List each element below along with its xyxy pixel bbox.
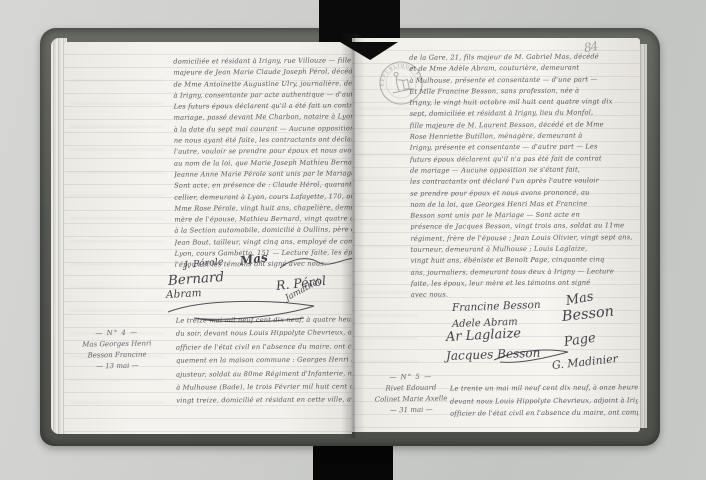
handwriting-line: à Mulhouse (Bade), le trois Février mil … <box>176 380 356 395</box>
signature: Ar Laglaize <box>446 326 522 345</box>
page-stack-edges-right <box>639 44 647 428</box>
register-scan: domiciliée et résidant à Irigny, rue Vil… <box>0 0 706 480</box>
left-next-act-text: Le treize mai mil neuf cent dix neuf, à … <box>176 313 357 410</box>
handwriting-line: du soir, devant nous Louis Hippolyte Che… <box>176 327 356 342</box>
signature: Francine Besson <box>452 299 541 314</box>
act-date: — 13 mai — <box>66 360 168 373</box>
signature-flourish <box>492 344 572 366</box>
handwriting-line: vingt treize, domicilié et résidant en c… <box>176 394 356 409</box>
handwriting-line: Le treize mai mil neuf cent dix neuf, à … <box>176 313 356 328</box>
left-act-text: domiciliée et résidant à Irigny, rue Vil… <box>173 55 355 274</box>
left-margin-note: — N° 4 — Mas Georges Henri Besson Franci… <box>66 327 169 373</box>
signature: Bernard <box>167 269 224 289</box>
right-act-text: de la Gare, 21, fils majeur de M. Gabrie… <box>409 51 637 303</box>
signature-flourish <box>278 254 356 274</box>
handwriting-line: ajusteur, soldat au 80me Régiment d'Infa… <box>176 367 356 382</box>
handwriting-line: quement en la maison commune : Georges H… <box>176 354 356 369</box>
right-page: RÉPUBLIQUE FRANÇAISE 84 de la Gare, 21, … <box>352 38 640 432</box>
left-page: domiciliée et résidant à Irigny, rue Vil… <box>64 42 352 434</box>
film-clamp-bottom <box>313 442 393 480</box>
handwriting-line: officier de l'état civil en l'absence du… <box>176 340 356 355</box>
right-next-act-text: Le trente un mai mil neuf cent dix neuf,… <box>450 381 638 422</box>
handwriting-line: officier de l'état civil en l'absence du… <box>450 406 638 420</box>
